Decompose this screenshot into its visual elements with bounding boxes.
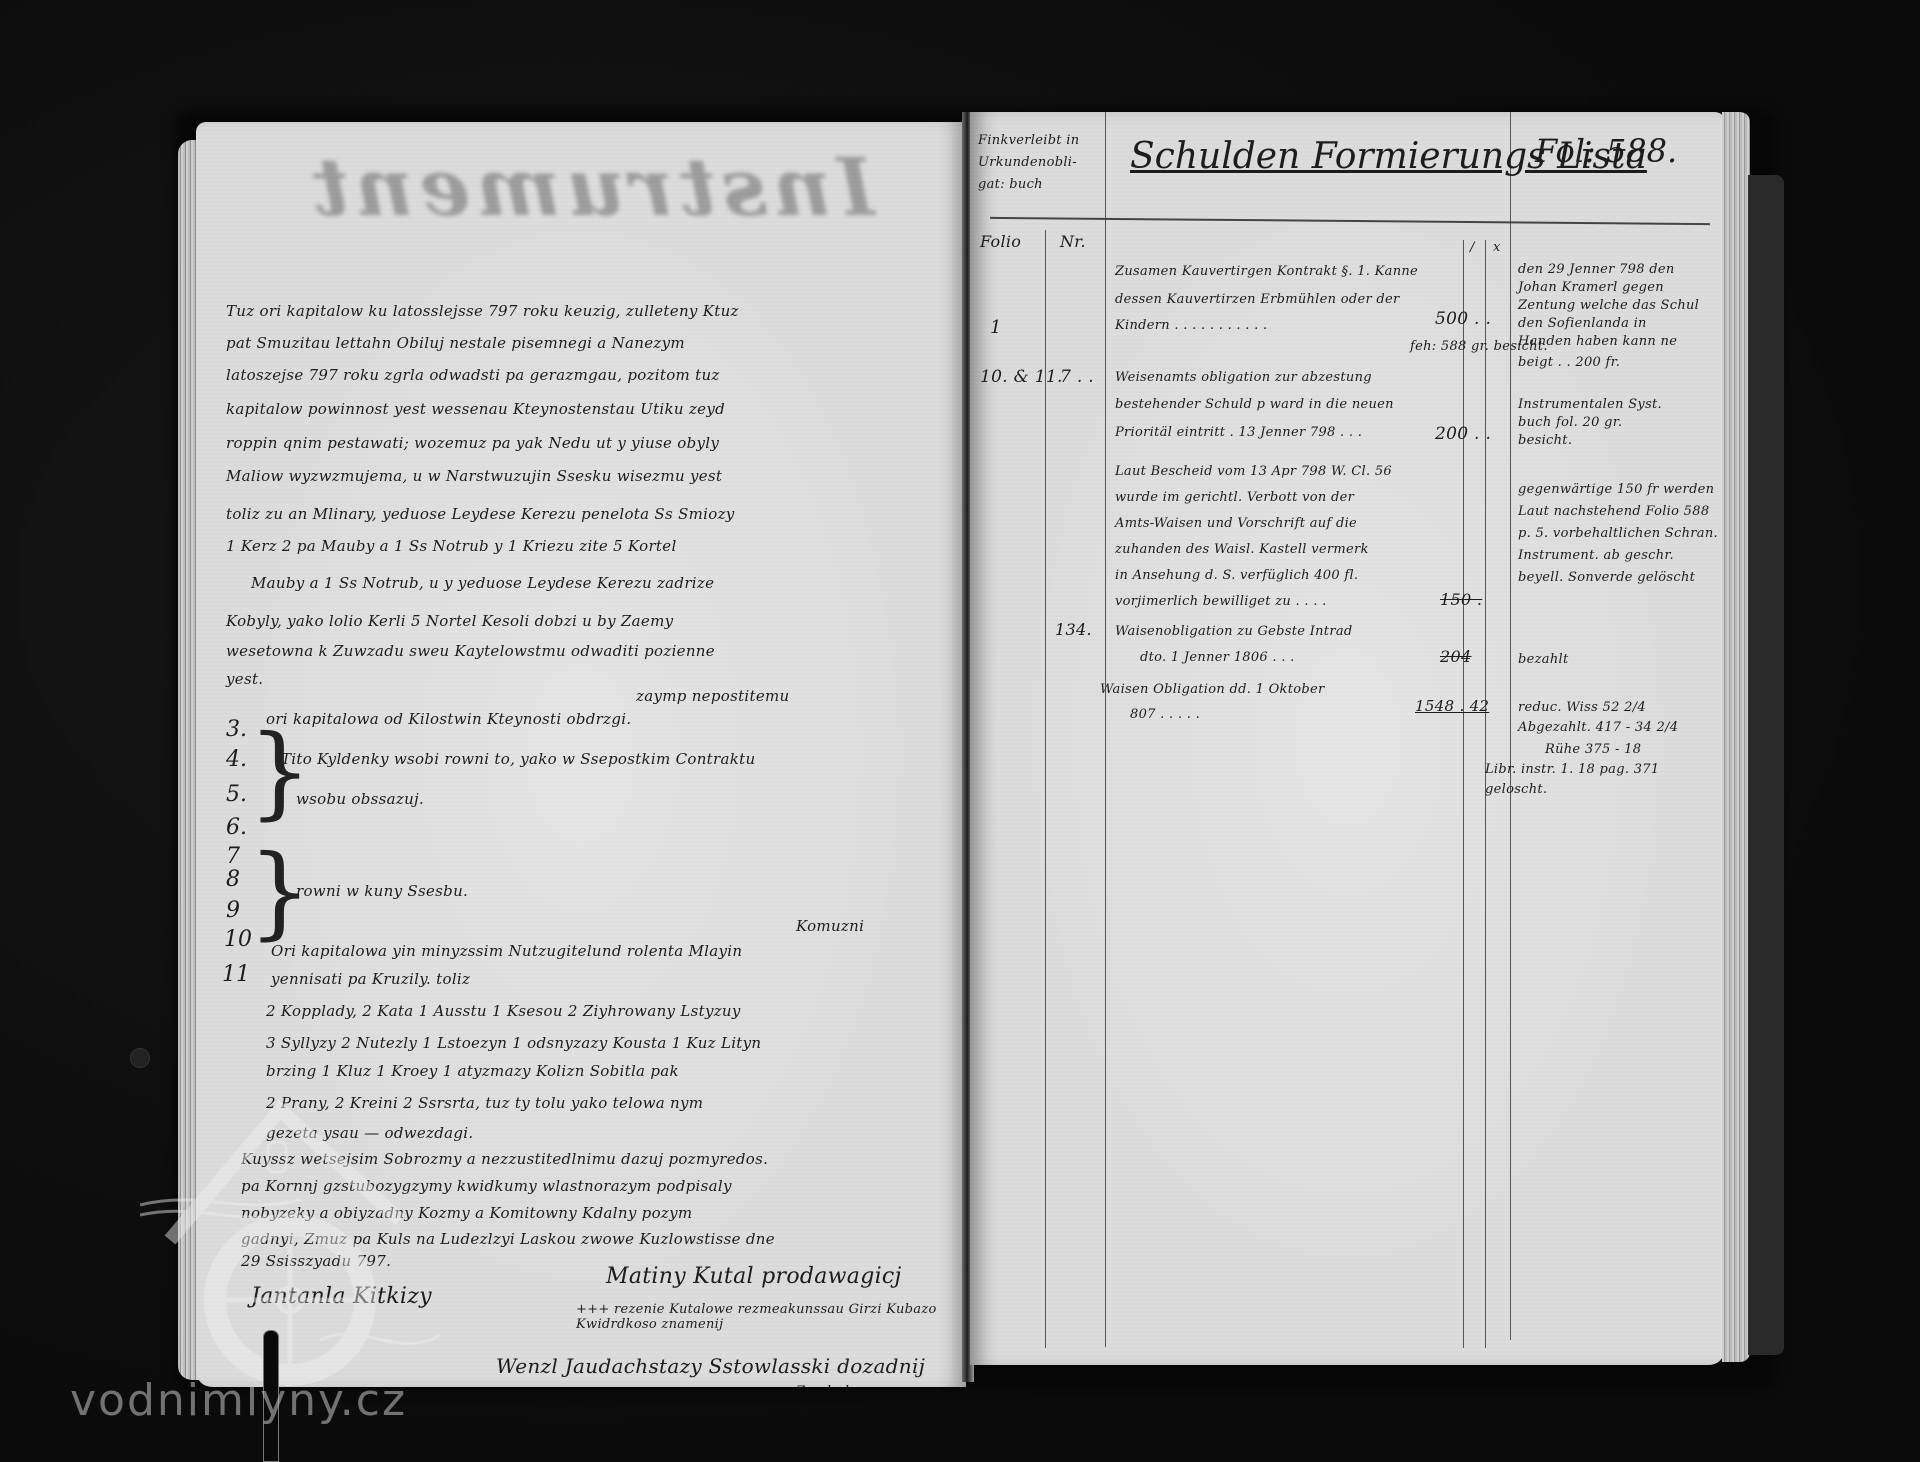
entry-remark: buch fol. 20 gr.	[1518, 415, 1622, 430]
entry-remark: den Sofienlanda in	[1518, 316, 1647, 331]
text-line: ori kapitalowa od Kilostwin Kteynosti ob…	[266, 710, 631, 728]
watermark-text: vodnimlyny.cz	[70, 1375, 407, 1426]
entry-text: vorjimerlich bewilliget zu . . . .	[1115, 594, 1327, 609]
entry-text: bestehender Schuld p ward in die neuen	[1115, 397, 1394, 412]
entry-remark: Abgezahlt. 417 - 34 2/4	[1518, 720, 1678, 735]
text-line: wesetowna k Zuwzadu sweu Kaytelowstmu od…	[226, 642, 715, 660]
text-line: zaymp nepostitemu	[636, 687, 790, 705]
entry-number: 7 . .	[1060, 367, 1094, 387]
text-line: Mauby a 1 Ss Notrub, u y yeduose Leydese…	[251, 574, 714, 592]
margin-number: 11	[222, 962, 250, 987]
entry-remark: bezahlt	[1518, 652, 1568, 667]
entry-remark: beyell. Sonverde gelöscht	[1518, 570, 1695, 585]
margin-number: 5.	[226, 782, 247, 807]
entry-text: dessen Kauvertirzen Erbmühlen oder der	[1115, 292, 1400, 307]
text-line: yennisati pa Kruzily. toliz	[271, 970, 470, 988]
column-rule	[1105, 112, 1106, 1347]
book-cover-edge	[1748, 175, 1784, 1355]
entry-amount: 204	[1440, 647, 1471, 666]
entry-amount: 150 .	[1440, 590, 1482, 609]
margin-number: 4.	[226, 747, 247, 772]
entry-folio: 1	[990, 317, 1002, 338]
entry-remark: geloscht.	[1485, 782, 1547, 797]
entry-text: Waisenobligation zu Gebste Intrad	[1115, 624, 1353, 639]
column-header-left: Finkverleibt in Urkundenobli-gat: buch	[978, 130, 1098, 196]
text-line: 1 Kerz 2 pa Mauby a 1 Ss Notrub y 1 Krie…	[226, 537, 677, 555]
entry-text: 807 . . . . .	[1130, 707, 1200, 722]
header-rule	[990, 217, 1710, 225]
column-rule	[1045, 230, 1046, 1348]
right-page: Finkverleibt in Urkundenobli-gat: buch S…	[970, 112, 1725, 1365]
entry-remark: gegenwärtige 150 fr werden	[1518, 482, 1714, 497]
column-rule	[1463, 240, 1464, 1348]
column-label-number: Nr.	[1060, 232, 1086, 251]
entry-text: wurde im gerichtl. Verbott von der	[1115, 490, 1354, 505]
text-line: Tuz ori kapitalow ku latosslejsse 797 ro…	[226, 302, 739, 320]
entry-text: Prioritäl eintritt . 13 Jenner 798 . . .	[1115, 425, 1362, 440]
column-label-check: /	[1470, 240, 1475, 255]
entry-folio: 10. & 11.	[980, 367, 1063, 387]
text-line: latoszejse 797 roku zgrla odwadsti pa ge…	[226, 366, 720, 384]
margin-number: 9	[226, 898, 240, 923]
text-line: kapitalow powinnost yest wessenau Kteyno…	[226, 400, 725, 418]
signature-note: +++ rezenie Kutalowe rezmeakunssau Girzi…	[576, 1302, 956, 1332]
column-label-x: x	[1493, 240, 1501, 255]
entry-remark: den 29 Jenner 798 den	[1518, 262, 1675, 277]
entry-amount: 500 . .	[1435, 309, 1491, 329]
signature-note: Zundrsk	[796, 1384, 853, 1387]
entry-remark: Zentung welche das Schul	[1518, 298, 1699, 313]
bleed-through-text: Instrument	[306, 140, 875, 234]
folio-number: Fol: 588.	[1535, 132, 1677, 170]
margin-number: 8	[226, 867, 240, 892]
entry-text: Kindern . . . . . . . . . . .	[1115, 318, 1267, 333]
entry-remark: p. 5. vorbehaltlichen Schran.	[1518, 526, 1718, 541]
entry-remark: Rühe 375 - 18	[1545, 742, 1641, 757]
entry-text: Zusamen Kauvertirgen Kontrakt §. 1. Kann…	[1115, 264, 1418, 279]
text-line: 2 Kopplady, 2 Kata 1 Ausstu 1 Ksesou 2 Z…	[266, 1002, 741, 1020]
entry-remark: Handen haben kann ne	[1518, 334, 1677, 349]
screw-icon	[130, 1048, 150, 1068]
text-line: Kobyly, yako lolio Kerli 5 Nortel Kesoli…	[226, 612, 673, 630]
entry-text: Waisen Obligation dd. 1 Oktober	[1100, 682, 1325, 697]
text-line: Tito Kyldenky wsobi rowni to, yako w Sse…	[281, 750, 755, 768]
entry-text: in Ansehung d. S. verfüglich 400 fl.	[1115, 568, 1358, 583]
signature: Wenzl Jaudachstazy Sstowlasski dozadnij	[496, 1354, 925, 1378]
text-line: toliz zu an Mlinary, yeduose Leydese Ker…	[226, 505, 735, 523]
entry-text: Amts-Waisen und Vorschrift auf die	[1115, 516, 1357, 531]
text-line: wsobu obssazuj.	[296, 790, 424, 808]
signature: Matiny Kutal prodawagicj	[606, 1264, 902, 1289]
right-page-edges	[1722, 112, 1750, 1362]
entry-remark: Libr. instr. 1. 18 pag. 371	[1485, 762, 1659, 777]
margin-number: 3.	[226, 717, 247, 742]
entry-text: Weisenamts obligation zur abzestung	[1115, 370, 1372, 385]
entry-number: 134.	[1055, 620, 1092, 639]
entry-amount: 200 . .	[1435, 424, 1491, 444]
text-line: brzing 1 Kluz 1 Kroey 1 atyzmazy Kolizn …	[266, 1062, 679, 1080]
column-label-folio: Folio	[980, 232, 1021, 251]
entry-text: zuhanden des Waisl. Kastell vermerk	[1115, 542, 1369, 557]
text-line: 3 Syllyzy 2 Nutezly 1 Lstoezyn 1 odsnyza…	[266, 1034, 761, 1052]
entry-remark: Instrument. ab geschr.	[1518, 548, 1674, 563]
text-line: Ori kapitalowa yin minyzssim Nutzugitelu…	[271, 942, 742, 960]
text-line: Komuzni	[796, 917, 864, 935]
entry-remark: reduc. Wiss 52 2/4	[1518, 700, 1646, 715]
text-line: rowni w kuny Ssesbu.	[296, 882, 468, 900]
entry-text: Laut Bescheid vom 13 Apr 798 W. Cl. 56	[1115, 464, 1392, 479]
text-line: roppin qnim pestawati; wozemuz pa yak Ne…	[226, 434, 719, 452]
entry-remark: Instrumentalen Syst.	[1518, 397, 1662, 412]
text-line: Maliow wyzwzmujema, u w Narstwuzujin Sse…	[226, 467, 722, 485]
entry-text: dto. 1 Jenner 1806 . . .	[1140, 650, 1295, 665]
margin-number: 6.	[226, 815, 247, 840]
text-line: pat Smuzitau lettahn Obiluj nestale pise…	[226, 334, 685, 352]
entry-remark: Laut nachstehend Folio 588	[1518, 504, 1709, 519]
entry-remark: beigt . . 200 fr.	[1518, 355, 1620, 370]
margin-number: 7	[226, 844, 240, 869]
text-line: yest.	[226, 670, 263, 688]
entry-remark: besicht.	[1518, 433, 1572, 448]
water-mill-wheel-house-icon	[140, 1090, 440, 1410]
column-rule	[1510, 112, 1511, 1340]
entry-remark: Johan Kramerl gegen	[1518, 280, 1664, 295]
entry-amount: 1548 . 42	[1415, 697, 1489, 715]
